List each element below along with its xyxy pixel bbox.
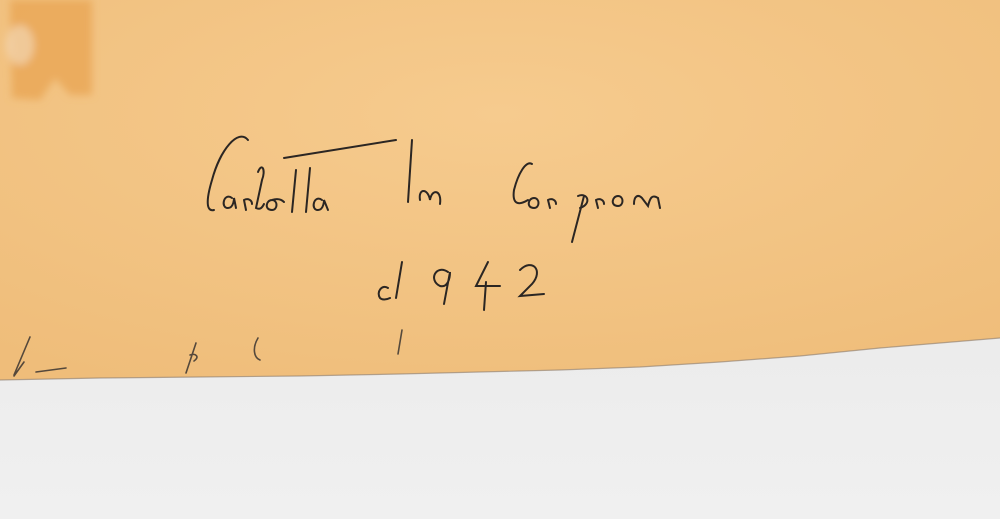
paper-sheet — [0, 0, 1000, 380]
photograph: Carlotta M Corpron c 1942 — [0, 0, 1000, 519]
paper-stain — [6, 0, 92, 100]
